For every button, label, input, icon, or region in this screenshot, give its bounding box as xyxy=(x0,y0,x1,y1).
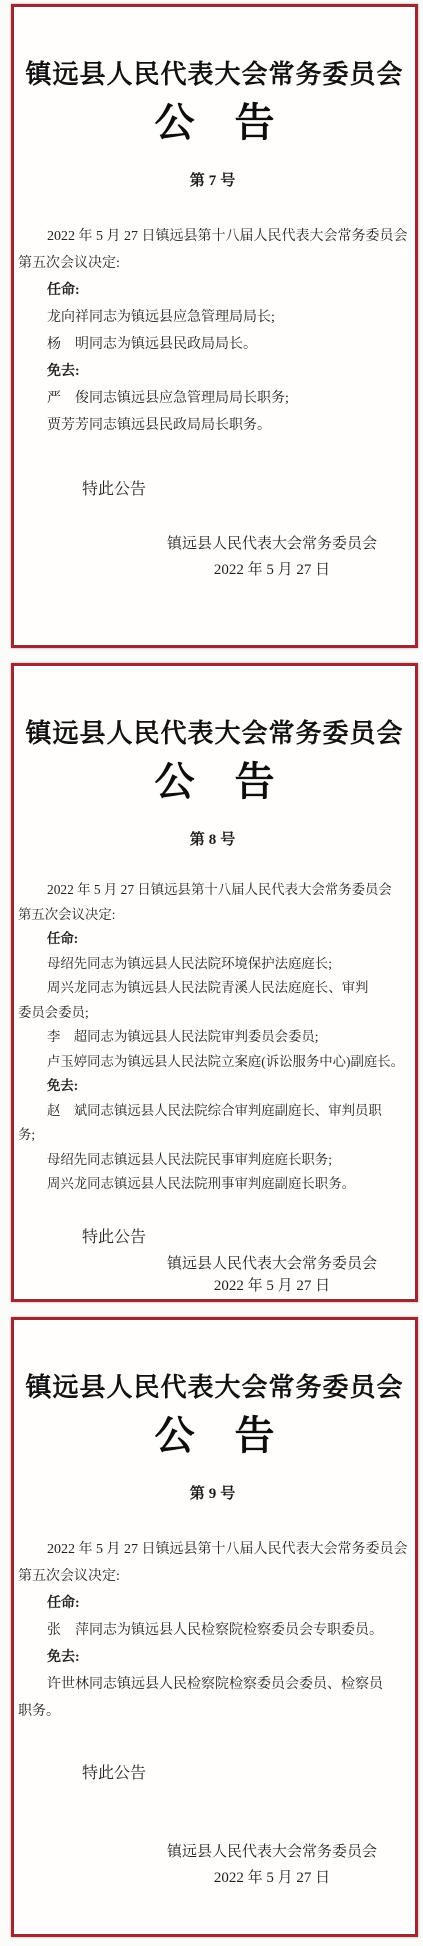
body-line: 许世林同志镇远县人民检察院检察委员会委员、检察员 xyxy=(14,1671,415,1698)
body-line: 李 超同志为镇远县人民法院审判委员会委员; xyxy=(14,1025,415,1050)
notice-body: 2022 年 5 月 27 日镇远县第十八届人民代表大会常务委员会 第五次会议决… xyxy=(14,223,415,583)
org-title: 镇远县人民代表大会常务委员会 xyxy=(14,57,415,91)
appoint-heading: 任命: xyxy=(14,1590,415,1617)
body-line: 务; xyxy=(14,1123,415,1148)
appoint-heading: 任命: xyxy=(14,277,415,304)
remove-heading: 免去: xyxy=(14,358,415,385)
remove-heading: 免去: xyxy=(14,1074,415,1099)
signature-block: 镇远县人民代表大会常务委员会 2022 年 5 月 27 日 xyxy=(167,1253,377,1297)
body-line: 母绍先同志为镇远县人民法院环境保护法庭庭长; xyxy=(14,952,415,977)
closing-line: 特此公告 xyxy=(14,477,415,503)
body-line: 贾芳芳同志镇远县民政局局长职务。 xyxy=(14,412,415,439)
body-line: 职务。 xyxy=(14,1698,415,1725)
body-line: 第五次会议决定: xyxy=(14,1563,415,1590)
closing-line: 特此公告 xyxy=(14,1761,415,1787)
signature-org: 镇远县人民代表大会常务委员会 xyxy=(167,531,377,557)
signature-block: 镇远县人民代表大会常务委员会 2022 年 5 月 27 日 xyxy=(167,531,377,583)
signature-date: 2022 年 5 月 27 日 xyxy=(167,1275,377,1297)
issue-number: 第7号 xyxy=(14,171,415,191)
notice-body: 2022 年 5 月 27 日镇远县第十八届人民代表大会常务委员会 第五次会议决… xyxy=(14,1536,415,1891)
notice-card-no7: 镇远县人民代表大会常务委员会 公 告 第7号 2022 年 5 月 27 日镇远… xyxy=(11,4,418,648)
body-line: 2022 年 5 月 27 日镇远县第十八届人民代表大会常务委员会 xyxy=(14,878,415,903)
body-line: 卢玉婷同志为镇远县人民法院立案庭(诉讼服务中心)副庭长。 xyxy=(14,1050,415,1075)
body-line: 赵 斌同志镇远县人民法院综合审判庭副庭长、审判员职 xyxy=(14,1099,415,1124)
body-line: 周兴龙同志为镇远县人民法院青溪人民法庭庭长、审判 xyxy=(14,976,415,1001)
signature-org: 镇远县人民代表大会常务委员会 xyxy=(167,1253,377,1275)
signature-date: 2022 年 5 月 27 日 xyxy=(167,1865,377,1891)
org-title: 镇远县人民代表大会常务委员会 xyxy=(14,716,415,750)
notice-card-no8: 镇远县人民代表大会常务委员会 公 告 第8号 2022 年 5 月 27 日镇远… xyxy=(11,663,418,1302)
org-title: 镇远县人民代表大会常务委员会 xyxy=(14,1370,415,1404)
gazette-title: 公 告 xyxy=(14,99,415,147)
signature-date: 2022 年 5 月 27 日 xyxy=(167,557,377,583)
body-line: 周兴龙同志镇远县人民法院刑事审判庭副庭长职务。 xyxy=(14,1172,415,1197)
notice-card-no9: 镇远县人民代表大会常务委员会 公 告 第9号 2022 年 5 月 27 日镇远… xyxy=(11,1317,418,1937)
appoint-heading: 任命: xyxy=(14,927,415,952)
issue-number: 第9号 xyxy=(14,1484,415,1504)
gazette-title: 公 告 xyxy=(14,1412,415,1460)
body-line: 严 俊同志镇远县应急管理局局长职务; xyxy=(14,385,415,412)
signature-block: 镇远县人民代表大会常务委员会 2022 年 5 月 27 日 xyxy=(167,1839,377,1891)
notice-body: 2022 年 5 月 27 日镇远县第十八届人民代表大会常务委员会 第五次会议决… xyxy=(14,878,415,1297)
body-line: 龙向祥同志为镇远县应急管理局局长; xyxy=(14,304,415,331)
body-line: 杨 明同志为镇远县民政局局长。 xyxy=(14,331,415,358)
body-line: 委员会委员; xyxy=(14,1001,415,1026)
body-line: 2022 年 5 月 27 日镇远县第十八届人民代表大会常务委员会 xyxy=(14,223,415,250)
article-page: 镇远县人民代表大会常务委员会 公 告 第7号 2022 年 5 月 27 日镇远… xyxy=(0,0,423,1946)
signature-org: 镇远县人民代表大会常务委员会 xyxy=(167,1839,377,1865)
body-line: 第五次会议决定: xyxy=(14,903,415,928)
body-line: 张 萍同志为镇远县人民检察院检察委员会专职委员。 xyxy=(14,1617,415,1644)
body-line: 第五次会议决定: xyxy=(14,250,415,277)
closing-line: 特此公告 xyxy=(14,1225,415,1251)
issue-number: 第8号 xyxy=(14,830,415,850)
gazette-title: 公 告 xyxy=(14,758,415,806)
body-line: 母绍先同志镇远县人民法院民事审判庭庭长职务; xyxy=(14,1148,415,1173)
body-line: 2022 年 5 月 27 日镇远县第十八届人民代表大会常务委员会 xyxy=(14,1536,415,1563)
remove-heading: 免去: xyxy=(14,1644,415,1671)
